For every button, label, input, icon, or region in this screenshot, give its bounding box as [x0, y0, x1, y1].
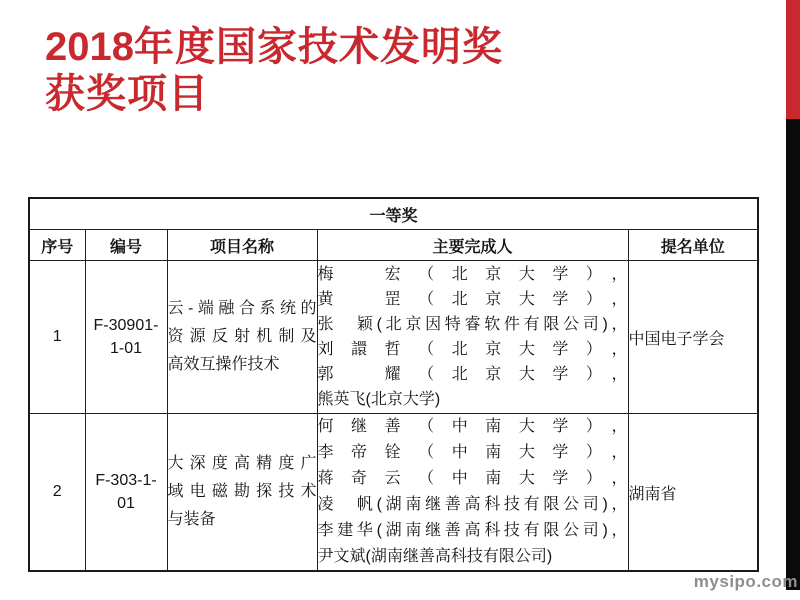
watermark: mysipo.com: [694, 572, 798, 592]
right-edge-black-bar: [786, 119, 800, 590]
row2-nominating-org: 湖南省: [628, 414, 758, 572]
row1-person-4: 刘譞哲（北京大学），: [318, 337, 628, 362]
table-row: 2 F-303-1- 01 大深度高精度广 域电磁勘探技术 与装备 何继善（中南…: [29, 414, 758, 572]
col-header-project: 项目名称: [167, 230, 317, 261]
row2-person-5: 李建华(湖南继善高科技有限公司)，: [318, 518, 628, 544]
row2-person-4: 凌 帆(湖南继善高科技有限公司)，: [318, 492, 628, 518]
row1-index: 1: [29, 261, 85, 414]
award-table: 一等奖 序号 编号 项目名称 主要完成人 提名单位 1 F-30901- 1-0…: [28, 197, 759, 572]
row2-project-name: 大深度高精度广 域电磁勘探技术 与装备: [167, 414, 317, 572]
row2-person-1: 何继善（中南大学），: [318, 414, 628, 440]
row1-person-3: 张 颖(北京因特睿软件有限公司)，: [318, 312, 628, 337]
slide-title: 2018年度国家技术发明奖 获奖项目: [45, 24, 503, 118]
row2-project-line3: 与装备: [168, 506, 317, 534]
table-header-row: 序号 编号 项目名称 主要完成人 提名单位: [29, 230, 758, 261]
slide-title-line1: 2018年度国家技术发明奖: [45, 24, 503, 71]
table-banner-row: 一等奖: [29, 198, 758, 230]
row2-project-line2: 域电磁勘探技术: [168, 478, 317, 506]
title-year: 2018: [45, 25, 134, 69]
row2-project-line1: 大深度高精度广: [168, 450, 317, 478]
row1-person-1: 梅 宏（北京大学），: [318, 262, 628, 287]
row1-project-line2: 资源反射机制及: [168, 323, 317, 351]
slide: 2018年度国家技术发明奖 获奖项目 一等奖 序号 编号 项目名称 主要完成人 …: [0, 0, 800, 600]
banner-first-prize: 一等奖: [29, 198, 758, 230]
col-header-org: 提名单位: [628, 230, 758, 261]
row1-project-line1: 云-端融合系统的: [168, 295, 317, 323]
row2-main-contributors: 何继善（中南大学）， 李帝铨（中南大学）， 蒋奇云（中南大学）， 凌 帆(湖南继…: [317, 414, 628, 572]
col-header-code: 编号: [85, 230, 167, 261]
col-header-index: 序号: [29, 230, 85, 261]
row2-person-6: 尹文斌(湖南继善高科技有限公司): [318, 544, 628, 570]
row1-project-line3: 高效互操作技术: [168, 351, 317, 379]
row1-code: F-30901- 1-01: [85, 261, 167, 414]
row1-person-2: 黄 罡（北京大学），: [318, 287, 628, 312]
slide-title-line2: 获奖项目: [45, 71, 503, 118]
row2-index: 2: [29, 414, 85, 572]
row1-code-line2: 1-01: [86, 337, 167, 360]
row1-nominating-org: 中国电子学会: [628, 261, 758, 414]
row2-code-line2: 01: [86, 492, 167, 515]
right-edge-red-bar: [786, 0, 800, 119]
table-row: 1 F-30901- 1-01 云-端融合系统的 资源反射机制及 高效互操作技术…: [29, 261, 758, 414]
row1-project-name: 云-端融合系统的 资源反射机制及 高效互操作技术: [167, 261, 317, 414]
row1-person-6: 熊英飞(北京大学): [318, 387, 628, 412]
title-line1-rest: 年度国家技术发明奖: [134, 25, 503, 69]
row1-main-contributors: 梅 宏（北京大学）， 黄 罡（北京大学）， 张 颖(北京因特睿软件有限公司)， …: [317, 261, 628, 414]
row2-code-line1: F-303-1-: [86, 469, 167, 492]
row2-person-3: 蒋奇云（中南大学），: [318, 466, 628, 492]
col-header-persons: 主要完成人: [317, 230, 628, 261]
row1-code-line1: F-30901-: [86, 314, 167, 337]
row2-code: F-303-1- 01: [85, 414, 167, 572]
row1-person-5: 郭 耀（北京大学），: [318, 362, 628, 387]
row2-person-2: 李帝铨（中南大学），: [318, 440, 628, 466]
